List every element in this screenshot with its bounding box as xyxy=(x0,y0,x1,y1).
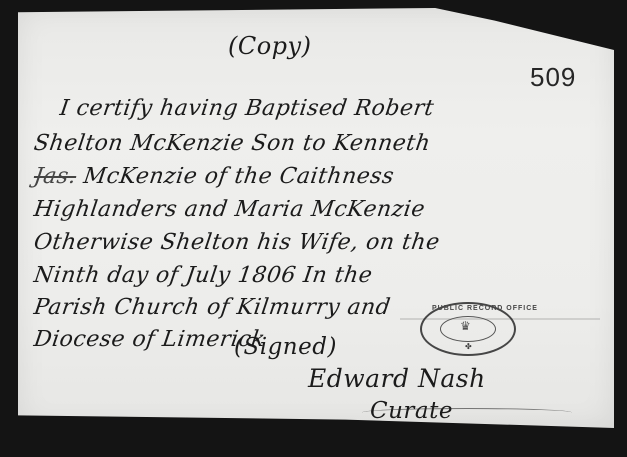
body-line-5: Otherwise Shelton his Wife, on the xyxy=(32,230,441,255)
body-line-3: Jas. McKenzie of the Caithness xyxy=(32,164,395,189)
body-line-2: Shelton McKenzie Son to Kenneth xyxy=(32,131,432,156)
body-line-6: Ninth day of July 1806 In the xyxy=(32,263,374,288)
body-line-8: Diocese of Limerick xyxy=(32,327,267,352)
stamp-text: PUBLIC RECORD OFFICE xyxy=(432,305,538,312)
signature-flourish xyxy=(362,408,572,417)
scanned-document: (Copy) 509 I certify having Baptised Rob… xyxy=(0,0,627,457)
struck-out-word: Jas. xyxy=(32,164,78,189)
copy-heading: (Copy) xyxy=(228,32,311,60)
public-record-office-stamp: PUBLIC RECORD OFFICE ♛ ✤ xyxy=(420,302,516,356)
signatory-name: Edward Nash xyxy=(308,364,486,393)
body-line-3-text: McKenzie of the Caithness xyxy=(82,164,396,189)
body-line-1: I certify having Baptised Robert xyxy=(58,96,435,121)
body-line-4: Highlanders and Maria McKenzie xyxy=(32,197,426,222)
signed-label: (Signed) xyxy=(234,334,337,360)
crown-icon: ♛ xyxy=(460,319,471,333)
folio-number: 509 xyxy=(530,62,576,93)
body-line-7: Parish Church of Kilmurry and xyxy=(32,295,392,320)
rosette-icon: ✤ xyxy=(465,342,472,351)
